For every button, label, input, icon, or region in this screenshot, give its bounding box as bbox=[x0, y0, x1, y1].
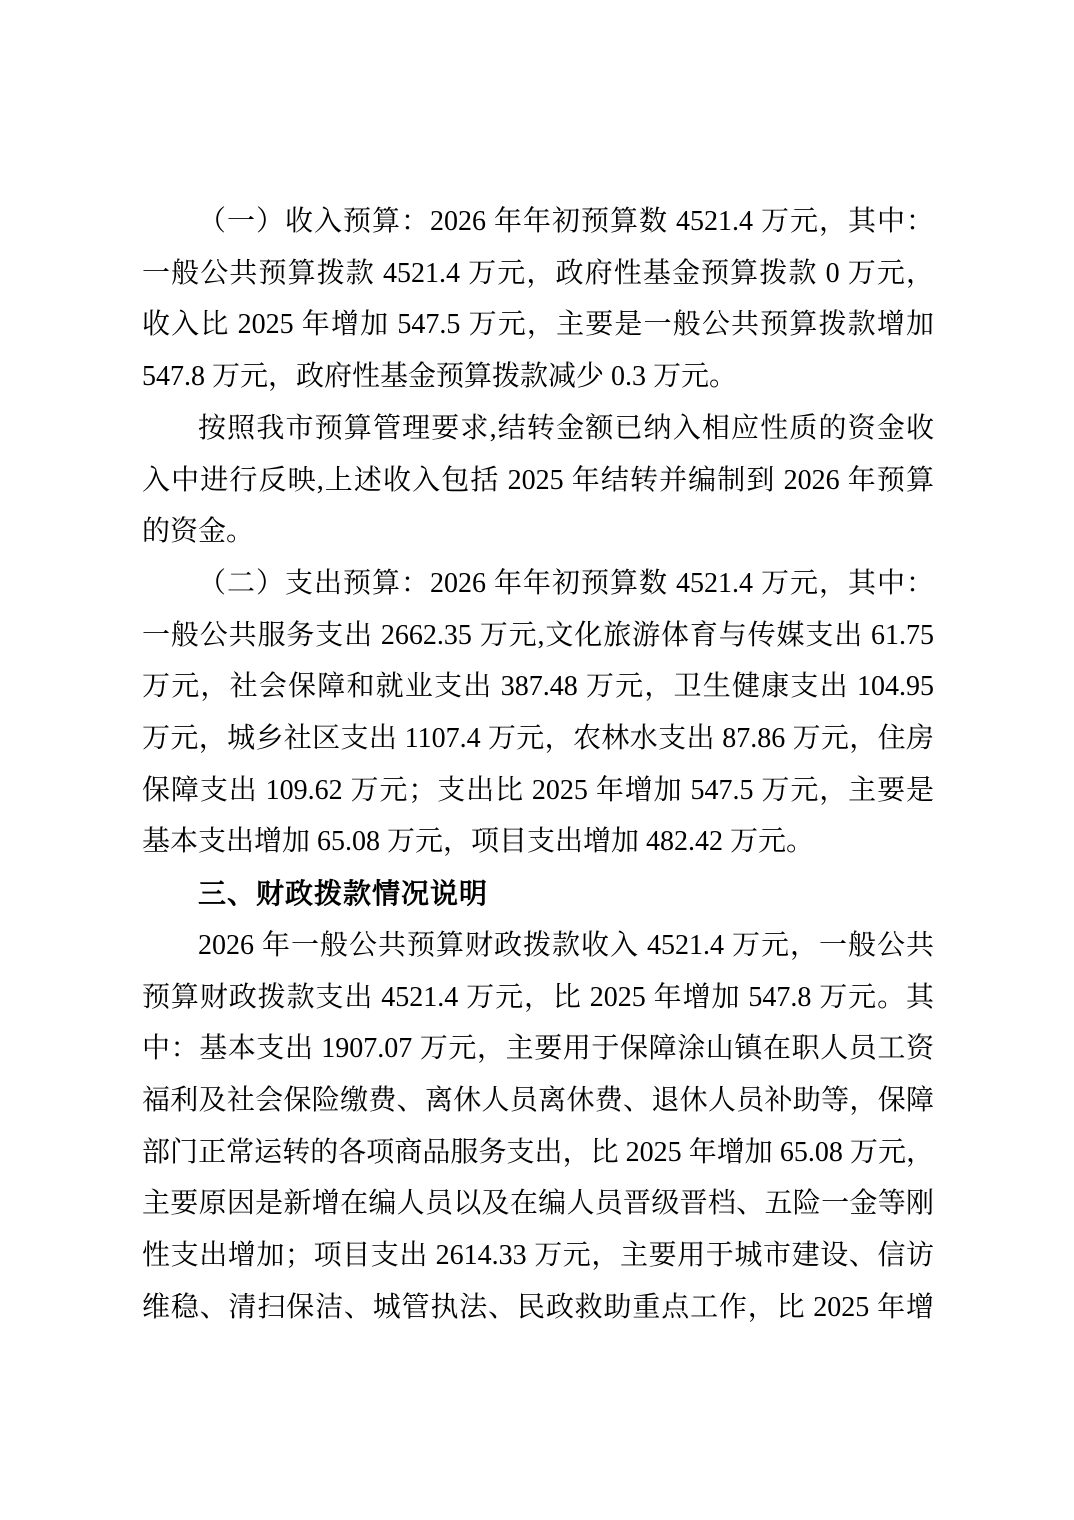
fiscal-appropriation-line: 性支出增加；项目支出 2614.33 万元，主要用于城市建设、信访 bbox=[142, 1230, 934, 1282]
fiscal-appropriation-line: 预算财政拨款支出 4521.4 万元，比 2025 年增加 547.8 万元。其 bbox=[142, 972, 934, 1024]
income-budget-line: 收入比 2025 年增加 547.5 万元，主要是一般公共预算拨款增加 bbox=[142, 299, 934, 351]
carryover-note-line: 按照我市预算管理要求,结转金额已纳入相应性质的资金收 bbox=[142, 403, 934, 455]
expenditure-budget-line: 一般公共服务支出 2662.35 万元,文化旅游体育与传媒支出 61.75 bbox=[142, 610, 934, 662]
income-budget-line: （一）收入预算：2026 年年初预算数 4521.4 万元，其中： bbox=[142, 196, 934, 248]
carryover-note-line: 入中进行反映,上述收入包括 2025 年结转并编制到 2026 年预算 bbox=[142, 455, 934, 507]
carryover-note-line: 的资金。 bbox=[142, 506, 934, 558]
fiscal-appropriation-line: 维稳、清扫保洁、城管执法、民政救助重点工作，比 2025 年增 bbox=[142, 1282, 934, 1334]
document-page: （一）收入预算：2026 年年初预算数 4521.4 万元，其中： 一般公共预算… bbox=[0, 0, 1074, 1520]
fiscal-appropriation-line: 主要原因是新增在编人员以及在编人员晋级晋档、五险一金等刚 bbox=[142, 1178, 934, 1230]
fiscal-appropriation-line: 中：基本支出 1907.07 万元，主要用于保障涂山镇在职人员工资 bbox=[142, 1023, 934, 1075]
income-budget-line: 一般公共预算拨款 4521.4 万元，政府性基金预算拨款 0 万元， bbox=[142, 248, 934, 300]
expenditure-budget-line: （二）支出预算：2026 年年初预算数 4521.4 万元，其中： bbox=[142, 558, 934, 610]
income-budget-line: 547.8 万元，政府性基金预算拨款减少 0.3 万元。 bbox=[142, 351, 934, 403]
expenditure-budget-line: 万元，城乡社区支出 1107.4 万元，农林水支出 87.86 万元，住房 bbox=[142, 713, 934, 765]
fiscal-appropriation-line: 2026 年一般公共预算财政拨款收入 4521.4 万元，一般公共 bbox=[142, 920, 934, 972]
document-body: （一）收入预算：2026 年年初预算数 4521.4 万元，其中： 一般公共预算… bbox=[142, 196, 934, 1333]
fiscal-appropriation-line: 部门正常运转的各项商品服务支出，比 2025 年增加 65.08 万元， bbox=[142, 1127, 934, 1179]
section-heading-fiscal-appropriation: 三、财政拨款情况说明 bbox=[142, 868, 934, 920]
fiscal-appropriation-line: 福利及社会保险缴费、离休人员离休费、退休人员补助等，保障 bbox=[142, 1075, 934, 1127]
expenditure-budget-line: 万元，社会保障和就业支出 387.48 万元，卫生健康支出 104.95 bbox=[142, 661, 934, 713]
expenditure-budget-line: 基本支出增加 65.08 万元，项目支出增加 482.42 万元。 bbox=[142, 816, 934, 868]
expenditure-budget-line: 保障支出 109.62 万元；支出比 2025 年增加 547.5 万元，主要是 bbox=[142, 765, 934, 817]
